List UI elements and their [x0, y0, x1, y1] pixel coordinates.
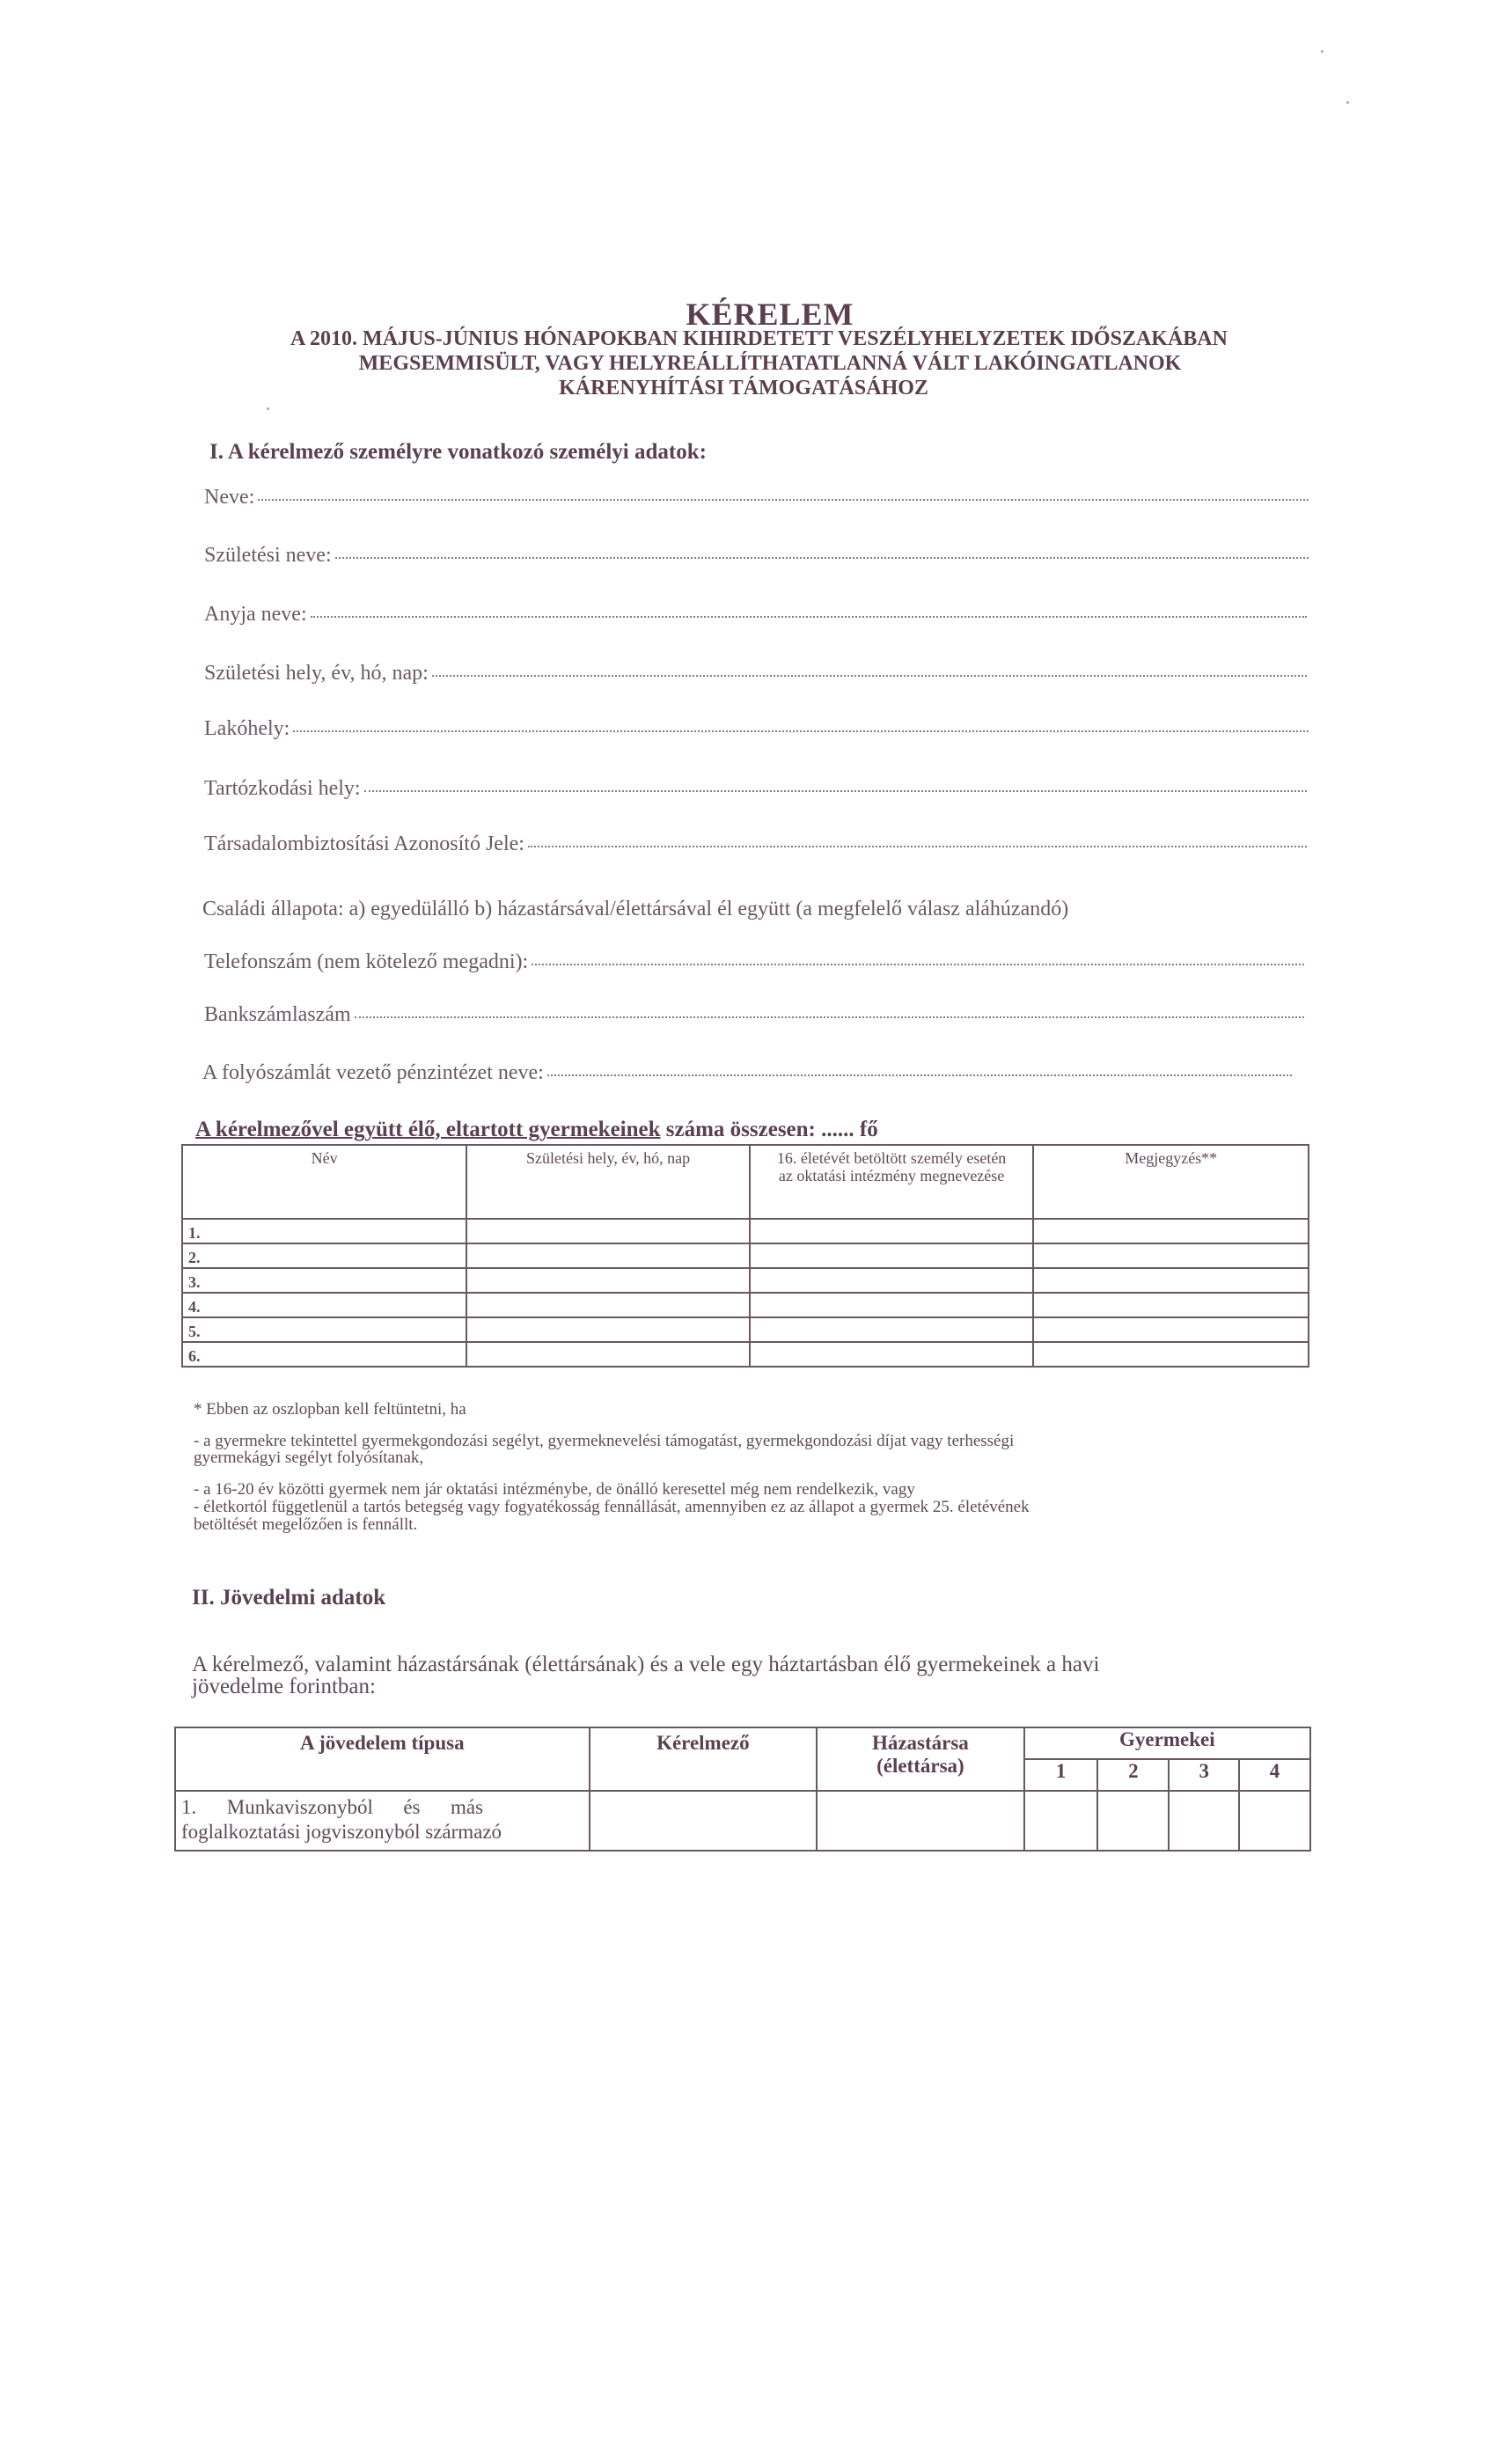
cell[interactable] [466, 1243, 749, 1268]
cell[interactable] [466, 1219, 749, 1243]
cell[interactable] [1033, 1243, 1309, 1268]
footnote-line-6: betöltését megelőzően is fennállt. [194, 1516, 417, 1534]
table-row: 1. [182, 1219, 1309, 1243]
cell[interactable] [750, 1219, 1034, 1243]
field-birth-place-date[interactable]: Születési hely, év, hó, nap: [204, 662, 1307, 686]
table-row: 5. [182, 1317, 1309, 1342]
children-heading-rest: száma összesen: ...... fő [661, 1118, 878, 1141]
col-spouse-line-1: Házastársa [872, 1732, 969, 1754]
footnote-line-5: - életkortól függetlenül a tartós betegs… [194, 1499, 1030, 1516]
form-subtitle-line-1: A 2010. MÁJUS-JÚNIUS HÓNAPOKBAN KIHIRDET… [220, 327, 1298, 351]
fill-line[interactable] [532, 963, 1304, 965]
scan-speck [267, 407, 269, 410]
fill-line[interactable] [432, 674, 1307, 677]
footnote-line-1: * Ebben az oszlopban kell feltüntetni, h… [194, 1401, 466, 1419]
income-type-employment: 1. Munkaviszonyból és más foglalkoztatás… [175, 1791, 590, 1851]
fill-line[interactable] [335, 556, 1309, 559]
fill-line[interactable] [258, 498, 1309, 501]
income-type-line-1: 1. Munkaviszonyból és más [181, 1795, 583, 1820]
cell-spouse[interactable] [817, 1791, 1024, 1851]
row-number[interactable]: 2. [182, 1243, 466, 1268]
form-subtitle-line-2: MEGSEMMISÜLT, VAGY HELYREÁLLÍTHATATLANNÁ… [273, 352, 1267, 376]
cell[interactable] [1033, 1219, 1309, 1243]
scan-speck [1346, 101, 1349, 104]
col-birth-place-date: Születési hely, év, hó, nap [466, 1145, 749, 1219]
field-label: Neve: [204, 486, 254, 510]
col-school-name: 16. életévét betöltött személy esetén az… [750, 1145, 1034, 1219]
field-bank-account[interactable]: Bankszámlaszám [204, 1003, 1304, 1027]
footnote-line-3: gyermekágyi segélyt folyósítanak, [194, 1449, 423, 1467]
income-table: A jövedelem típusa Kérelmező Házastársa … [174, 1727, 1311, 1852]
field-name[interactable]: Neve: [204, 486, 1309, 510]
cell-child-2[interactable] [1097, 1791, 1169, 1851]
cell-child-4[interactable] [1239, 1791, 1310, 1851]
col-applicant: Kérelmező [590, 1727, 817, 1791]
col-child-2: 2 [1097, 1759, 1169, 1791]
col-child-1: 1 [1024, 1759, 1098, 1791]
cell[interactable] [750, 1293, 1034, 1317]
cell[interactable] [1033, 1317, 1309, 1342]
section-1-heading: I. A kérelmező személyre vonatkozó szemé… [209, 440, 707, 465]
cell[interactable] [466, 1268, 749, 1293]
row-number[interactable]: 5. [182, 1317, 466, 1342]
form-subtitle-line-3: KÁRENYHÍTÁSI TÁMOGATÁSÁHOZ [493, 377, 994, 400]
row-number[interactable]: 3. [182, 1268, 466, 1293]
row-number[interactable]: 6. [182, 1342, 466, 1367]
cell[interactable] [466, 1293, 749, 1317]
col-children: Gyermekei [1024, 1727, 1310, 1759]
children-table: Név Születési hely, év, hó, nap 16. élet… [181, 1144, 1309, 1368]
field-label: Bankszámlaszám [204, 1003, 351, 1027]
income-type-line-2: foglalkoztatási jogviszonyból származó [181, 1820, 583, 1844]
cell[interactable] [750, 1317, 1034, 1342]
cell[interactable] [1033, 1293, 1309, 1317]
field-bank-name[interactable]: A folyószámlát vezető pénzintézet neve: [202, 1061, 1292, 1085]
fill-line[interactable] [311, 615, 1307, 618]
footnote-line-2: - a gyermekre tekintettel gyermekgondozá… [194, 1433, 1014, 1450]
table-row: 1. Munkaviszonyból és más foglalkoztatás… [175, 1791, 1310, 1851]
cell[interactable] [750, 1243, 1034, 1268]
table-row: 3. [182, 1268, 1309, 1293]
row-number[interactable]: 4. [182, 1293, 466, 1317]
fill-line[interactable] [528, 845, 1307, 847]
col-income-type: A jövedelem típusa [175, 1727, 590, 1791]
field-label: Társadalombiztosítási Azonosító Jele: [204, 832, 524, 856]
col-child-3: 3 [1169, 1759, 1239, 1791]
cell[interactable] [750, 1342, 1034, 1367]
fill-line[interactable] [355, 1016, 1304, 1018]
field-stay-address[interactable]: Tartózkodási hely: [204, 777, 1307, 801]
cell-child-1[interactable] [1024, 1791, 1098, 1851]
income-intro-line-1: A kérelmező, valamint házastársának (éle… [192, 1653, 1099, 1676]
table-row: 4. [182, 1293, 1309, 1317]
col-name: Név [182, 1145, 466, 1219]
col-child-4: 4 [1239, 1759, 1310, 1791]
scan-speck [1321, 50, 1324, 53]
col-spouse: Házastársa (élettársa) [817, 1727, 1024, 1791]
cell[interactable] [466, 1317, 749, 1342]
field-social-security-id[interactable]: Társadalombiztosítási Azonosító Jele: [204, 832, 1307, 856]
field-phone[interactable]: Telefonszám (nem kötelező megadni): [204, 950, 1304, 974]
cell[interactable] [750, 1268, 1034, 1293]
footnote-line-4: - a 16-20 év közötti gyermek nem jár okt… [194, 1481, 915, 1499]
field-label: Tartózkodási hely: [204, 777, 361, 801]
field-label: Telefonszám (nem kötelező megadni): [204, 950, 528, 974]
cell-child-3[interactable] [1169, 1791, 1239, 1851]
field-mother-name[interactable]: Anyja neve: [204, 603, 1307, 627]
children-count-heading: A kérelmezővel együtt élő, eltartott gye… [195, 1118, 878, 1142]
cell[interactable] [466, 1342, 749, 1367]
table-row: 2. [182, 1243, 1309, 1268]
fill-line[interactable] [293, 730, 1309, 732]
income-table-header-row-1: A jövedelem típusa Kérelmező Házastársa … [175, 1727, 1310, 1759]
fill-line[interactable] [364, 789, 1307, 792]
fill-line[interactable] [547, 1074, 1292, 1076]
children-heading-underlined: A kérelmezővel együtt élő, eltartott gye… [195, 1118, 661, 1141]
field-birth-name[interactable]: Születési neve: [204, 544, 1309, 568]
children-table-header: Név Születési hely, év, hó, nap 16. élet… [182, 1145, 1309, 1219]
table-row: 6. [182, 1342, 1309, 1367]
col-spouse-line-2: (élettársa) [876, 1755, 964, 1777]
field-label: Születési neve: [204, 544, 332, 568]
field-label: Anyja neve: [204, 603, 307, 627]
field-label: Lakóhely: [204, 717, 290, 741]
field-label: A folyószámlát vezető pénzintézet neve: [202, 1061, 544, 1085]
marital-status-options[interactable]: Családi állapota: a) egyedülálló b) háza… [202, 898, 1068, 921]
field-residence[interactable]: Lakóhely: [204, 717, 1309, 741]
cell-applicant[interactable] [590, 1791, 817, 1851]
row-number[interactable]: 1. [182, 1219, 466, 1243]
cell[interactable] [1033, 1268, 1309, 1293]
col-remark: Megjegyzés** [1033, 1145, 1309, 1219]
income-intro-line-2: jövedelme forintban: [192, 1675, 376, 1698]
section-2-heading: II. Jövedelmi adatok [192, 1586, 385, 1610]
field-label: Születési hely, év, hó, nap: [204, 662, 429, 686]
cell[interactable] [1033, 1342, 1309, 1367]
